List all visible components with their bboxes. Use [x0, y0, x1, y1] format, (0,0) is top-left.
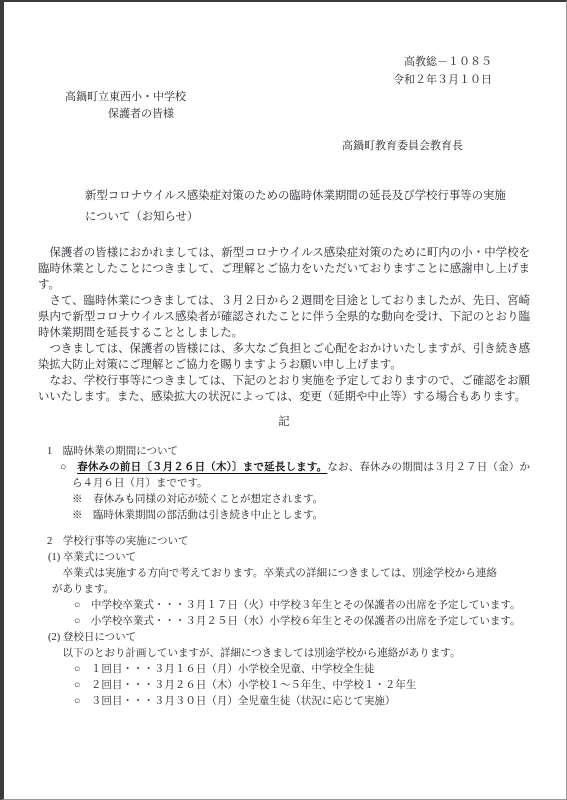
document-title: 新型コロナウイルス感染症対策のための臨時休業期間の延長及び学校行事等の実施 につ…	[85, 186, 530, 228]
attendance-item-1: ○ １回目・・・３月１６日（月）小学校全児童、中学校全生徒	[74, 662, 530, 678]
document-title-line2: について（お知らせ）	[85, 207, 530, 228]
subsection-graduation-heading: (1) 卒業式について	[48, 550, 530, 566]
circle-bullet: ○	[60, 462, 77, 473]
paragraph-cooperation-request: つきましては、保護者の皆様には、多大なご負担とご心配をおかけいたしますが、引き続…	[38, 341, 530, 373]
section-school-events: 2 学校行事等の実施について (1) 卒業式について 卒業式は実施する方向で考え…	[38, 534, 530, 710]
section-2-heading: 2 学校行事等の実施について	[47, 534, 530, 550]
subsection-attendance-days: (2) 登校日について 以下のとおり計画していますが、詳細につきましては別途学校…	[38, 630, 530, 710]
document-page: 高教総－１０８５ 令和２年３月１０日 高鍋町立東西小・中学校 保護者の皆様 高鍋…	[0, 0, 567, 800]
graduation-item-elementary-school: ○ 小学校卒業式・・・３月２５日（水）小学校６年生とその保護者の出席を予定してい…	[74, 614, 530, 630]
doc-date: 令和２年３月１０日	[38, 71, 492, 89]
subsection-attendance-heading: (2) 登校日について	[48, 630, 530, 646]
addressee-parents: 保護者の皆様	[108, 106, 530, 123]
closure-extension-emphasis: 春休みの前日〔３月２６日（木）〕まで延長します。	[77, 462, 327, 473]
addressee-school: 高鍋町立東西小・中学校	[65, 89, 530, 106]
sender-name: 高鍋町教育委員会教育長	[38, 138, 530, 155]
graduation-description: 卒業式は実施する方向で考えております。卒業式の詳細につきましては、別途学校から連…	[52, 566, 497, 598]
paragraph-extension-reason: さて、臨時休業につきましては、３月２日から２週間を目途としておりましたが、先日、…	[38, 293, 530, 341]
attendance-item-2: ○ ２回目・・・３月２６日（木）小学校１～５年生、中学校１・２年生	[74, 678, 530, 694]
section-closure-period: 1 臨時休業の期間について ○ 春休みの前日〔３月２６日（木）〕まで延長します。…	[38, 444, 530, 524]
subsection-graduation: (1) 卒業式について 卒業式は実施する方向で考えております。卒業式の詳細につき…	[38, 550, 530, 630]
document-title-line1: 新型コロナウイルス感染症対策のための臨時休業期間の延長及び学校行事等の実施	[85, 186, 530, 207]
record-marker: 記	[38, 414, 530, 430]
closure-note-club-activities: ※ 臨時休業期間の部活動は引き続き中止とします。	[72, 508, 530, 524]
document-body: 保護者の皆様におかれましては、新型コロナウイルス感染症対策のために町内の小・中学…	[38, 245, 530, 405]
attendance-description: 以下のとおり計画していますが、詳細につきましては別途学校から連絡があります。	[52, 646, 497, 662]
document-header-meta: 高教総－１０８５ 令和２年３月１０日	[38, 53, 530, 89]
closure-extension-item: ○ 春休みの前日〔３月２６日（木）〕まで延長します。なお、春休みの期間は３月２７…	[60, 460, 530, 492]
paragraph-events-notice: なお、学校行事等につきましては、下記のとおり実施を予定しておりますので、ご確認を…	[38, 373, 530, 405]
attendance-item-3: ○ ３回目・・・３月３０日（月）全児童生徒（状況に応じて実施）	[74, 694, 530, 710]
doc-number: 高教総－１０８５	[38, 53, 492, 71]
paragraph-greeting: 保護者の皆様におかれましては、新型コロナウイルス感染症対策のために町内の小・中学…	[38, 245, 530, 293]
section-1-heading: 1 臨時休業の期間について	[47, 444, 530, 460]
addressee-block: 高鍋町立東西小・中学校 保護者の皆様	[38, 89, 530, 123]
graduation-item-middle-school: ○ 中学校卒業式・・・３月１７日（火）中学校３年生とその保護者の出席を予定してい…	[74, 598, 530, 614]
closure-note-spring-break: ※ 春休みも同様の対応が続くことが想定されます。	[72, 492, 530, 508]
